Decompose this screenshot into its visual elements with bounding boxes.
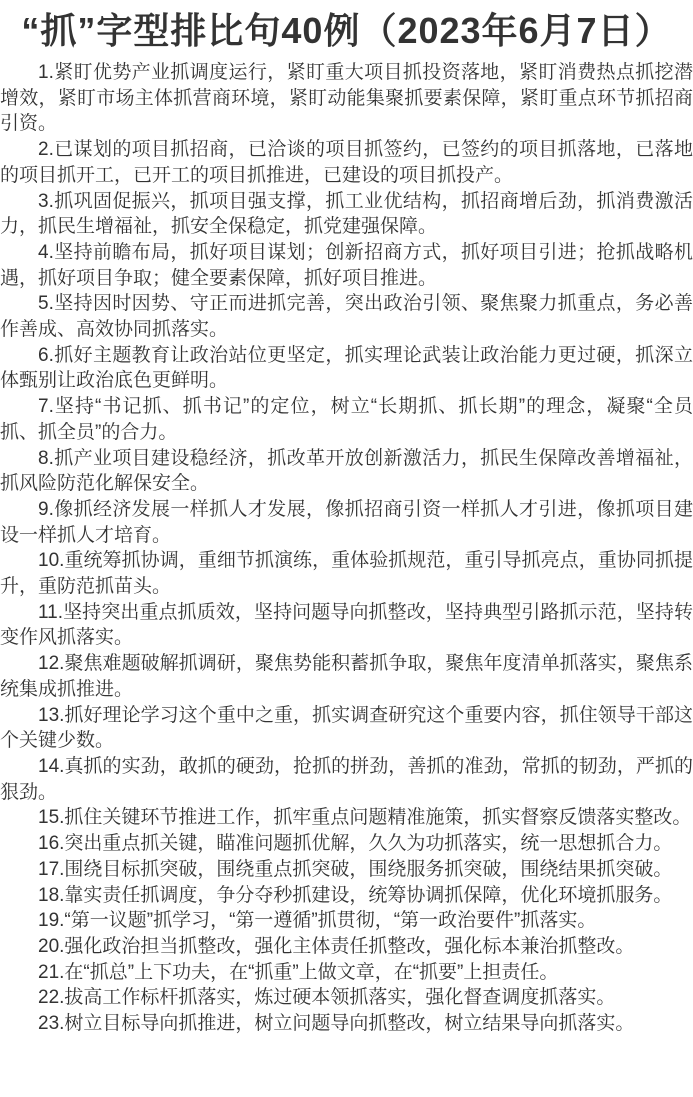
paragraph-item: 4.坚持前瞻布局，抓好项目谋划；创新招商方式，抓好项目引进；抢抓战略机遇，抓好项… xyxy=(0,240,693,291)
document-page: “抓”字型排比句40例（2023年6月7日） 1.紧盯优势产业抓调度运行，紧盯重… xyxy=(0,0,693,1097)
paragraph-item: 23.树立目标导向抓推进，树立问题导向抓整改，树立结果导向抓落实。 xyxy=(0,1011,693,1037)
paragraph-item: 13.抓好理论学习这个重中之重，抓实调查研究这个重要内容，抓住领导干部这个关键少… xyxy=(0,703,693,754)
paragraph-item: 15.抓住关键环节推进工作，抓牢重点问题精准施策，抓实督察反馈落实整改。 xyxy=(0,805,693,831)
paragraph-item: 11.坚持突出重点抓质效，坚持问题导向抓整改，坚持典型引路抓示范，坚持转变作风抓… xyxy=(0,600,693,651)
paragraph-item: 6.抓好主题教育让政治站位更坚定，抓实理论武装让政治能力更过硬，抓深立体甄别让政… xyxy=(0,343,693,394)
paragraph-item: 9.像抓经济发展一样抓人才发展，像抓招商引资一样抓人才引进，像抓项目建设一样抓人… xyxy=(0,497,693,548)
paragraph-list: 1.紧盯优势产业抓调度运行，紧盯重大项目抓投资落地，紧盯消费热点抓挖潜增效，紧盯… xyxy=(0,58,693,1037)
paragraph-item: 22.拔高工作标杆抓落实，炼过硬本领抓落实，强化督查调度抓落实。 xyxy=(0,985,693,1011)
paragraph-item: 17.围绕目标抓突破，围绕重点抓突破，围绕服务抓突破，围绕结果抓突破。 xyxy=(0,857,693,883)
paragraph-item: 3.抓巩固促振兴，抓项目强支撑，抓工业优结构，抓招商增后劲，抓消费激活力，抓民生… xyxy=(0,189,693,240)
paragraph-item: 19.“第一议题”抓学习，“第一遵循”抓贯彻，“第一政治要件”抓落实。 xyxy=(0,908,693,934)
paragraph-item: 20.强化政治担当抓整改，强化主体责任抓整改，强化标本兼治抓整改。 xyxy=(0,934,693,960)
paragraph-item: 5.坚持因时因势、守正而进抓完善，突出政治引领、聚焦聚力抓重点，务必善作善成、高… xyxy=(0,291,693,342)
paragraph-item: 16.突出重点抓关键，瞄准问题抓优解，久久为功抓落实，统一思想抓合力。 xyxy=(0,831,693,857)
paragraph-item: 10.重统筹抓协调，重细节抓演练，重体验抓规范，重引导抓亮点，重协同抓提升，重防… xyxy=(0,548,693,599)
paragraph-item: 7.坚持“书记抓、抓书记”的定位，树立“长期抓、抓长期”的理念，凝聚“全员抓、抓… xyxy=(0,394,693,445)
paragraph-item: 1.紧盯优势产业抓调度运行，紧盯重大项目抓投资落地，紧盯消费热点抓挖潜增效，紧盯… xyxy=(0,60,693,137)
paragraph-item: 2.已谋划的项目抓招商，已洽谈的项目抓签约，已签约的项目抓落地，已落地的项目抓开… xyxy=(0,137,693,188)
paragraph-item: 14.真抓的实劲，敢抓的硬劲，抢抓的拼劲，善抓的准劲，常抓的韧劲，严抓的狠劲。 xyxy=(0,754,693,805)
paragraph-item: 18.靠实责任抓调度，争分夺秒抓建设，统筹协调抓保障，优化环境抓服务。 xyxy=(0,883,693,909)
paragraph-item: 21.在“抓总”上下功夫，在“抓重”上做文章，在“抓要”上担责任。 xyxy=(0,960,693,986)
paragraph-item: 12.聚焦难题破解抓调研，聚焦势能积蓄抓争取，聚焦年度清单抓落实，聚焦系统集成抓… xyxy=(0,651,693,702)
paragraph-item: 8.抓产业项目建设稳经济，抓改革开放创新激活力，抓民生保障改善增福祉，抓风险防范… xyxy=(0,446,693,497)
page-title: “抓”字型排比句40例（2023年6月7日） xyxy=(0,0,693,58)
